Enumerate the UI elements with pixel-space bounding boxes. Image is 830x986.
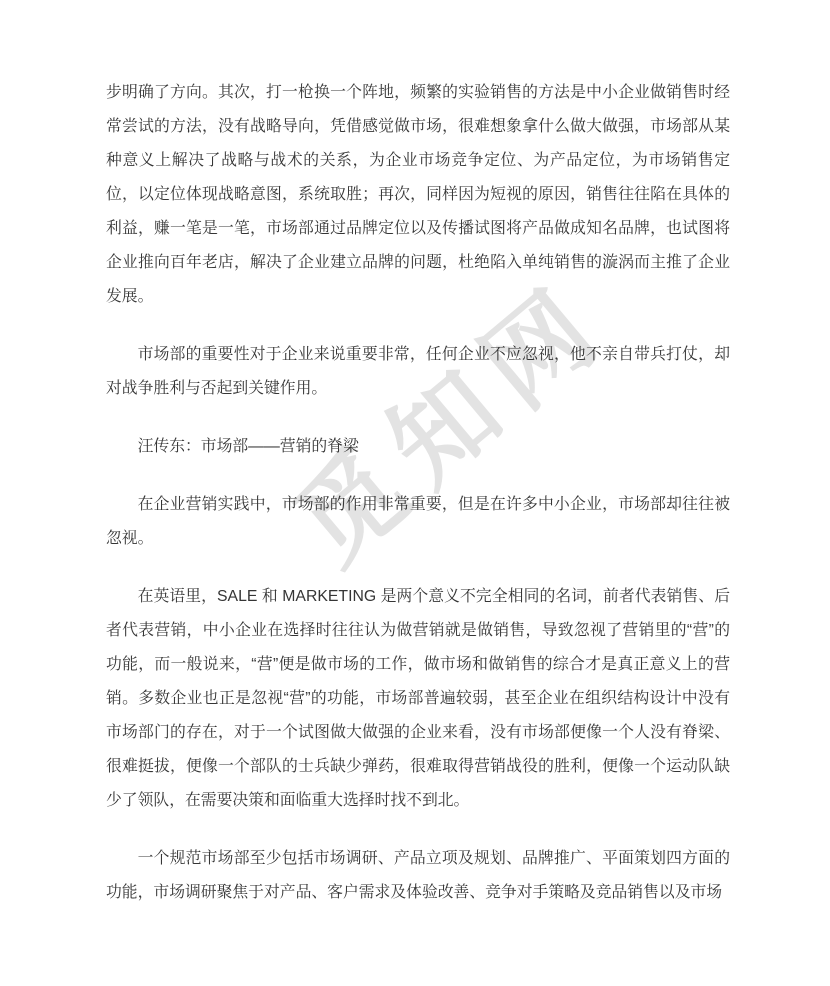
paragraph: 在英语里，SALE 和 MARKETING 是两个意义不完全相同的名词，前者代表… [106,580,730,818]
document-content: 步明确了方向。其次，打一枪换一个阵地，频繁的实验销售的方法是中小企业做销售时经常… [106,76,730,934]
paragraph: 在企业营销实践中，市场部的作用非常重要，但是在许多中小企业，市场部却往往被忽视。 [106,488,730,556]
section-heading: 汪传东：市场部——营销的脊梁 [106,430,730,464]
paragraph: 步明确了方向。其次，打一枪换一个阵地，频繁的实验销售的方法是中小企业做销售时经常… [106,76,730,314]
document-page: 觅知网 步明确了方向。其次，打一枪换一个阵地，频繁的实验销售的方法是中小企业做销… [0,0,830,986]
paragraph: 一个规范市场部至少包括市场调研、产品立项及规划、品牌推广、平面策划四方面的功能，… [106,842,730,910]
paragraph: 市场部的重要性对于企业来说重要非常，任何企业不应忽视，他不亲自带兵打仗，却对战争… [106,338,730,406]
